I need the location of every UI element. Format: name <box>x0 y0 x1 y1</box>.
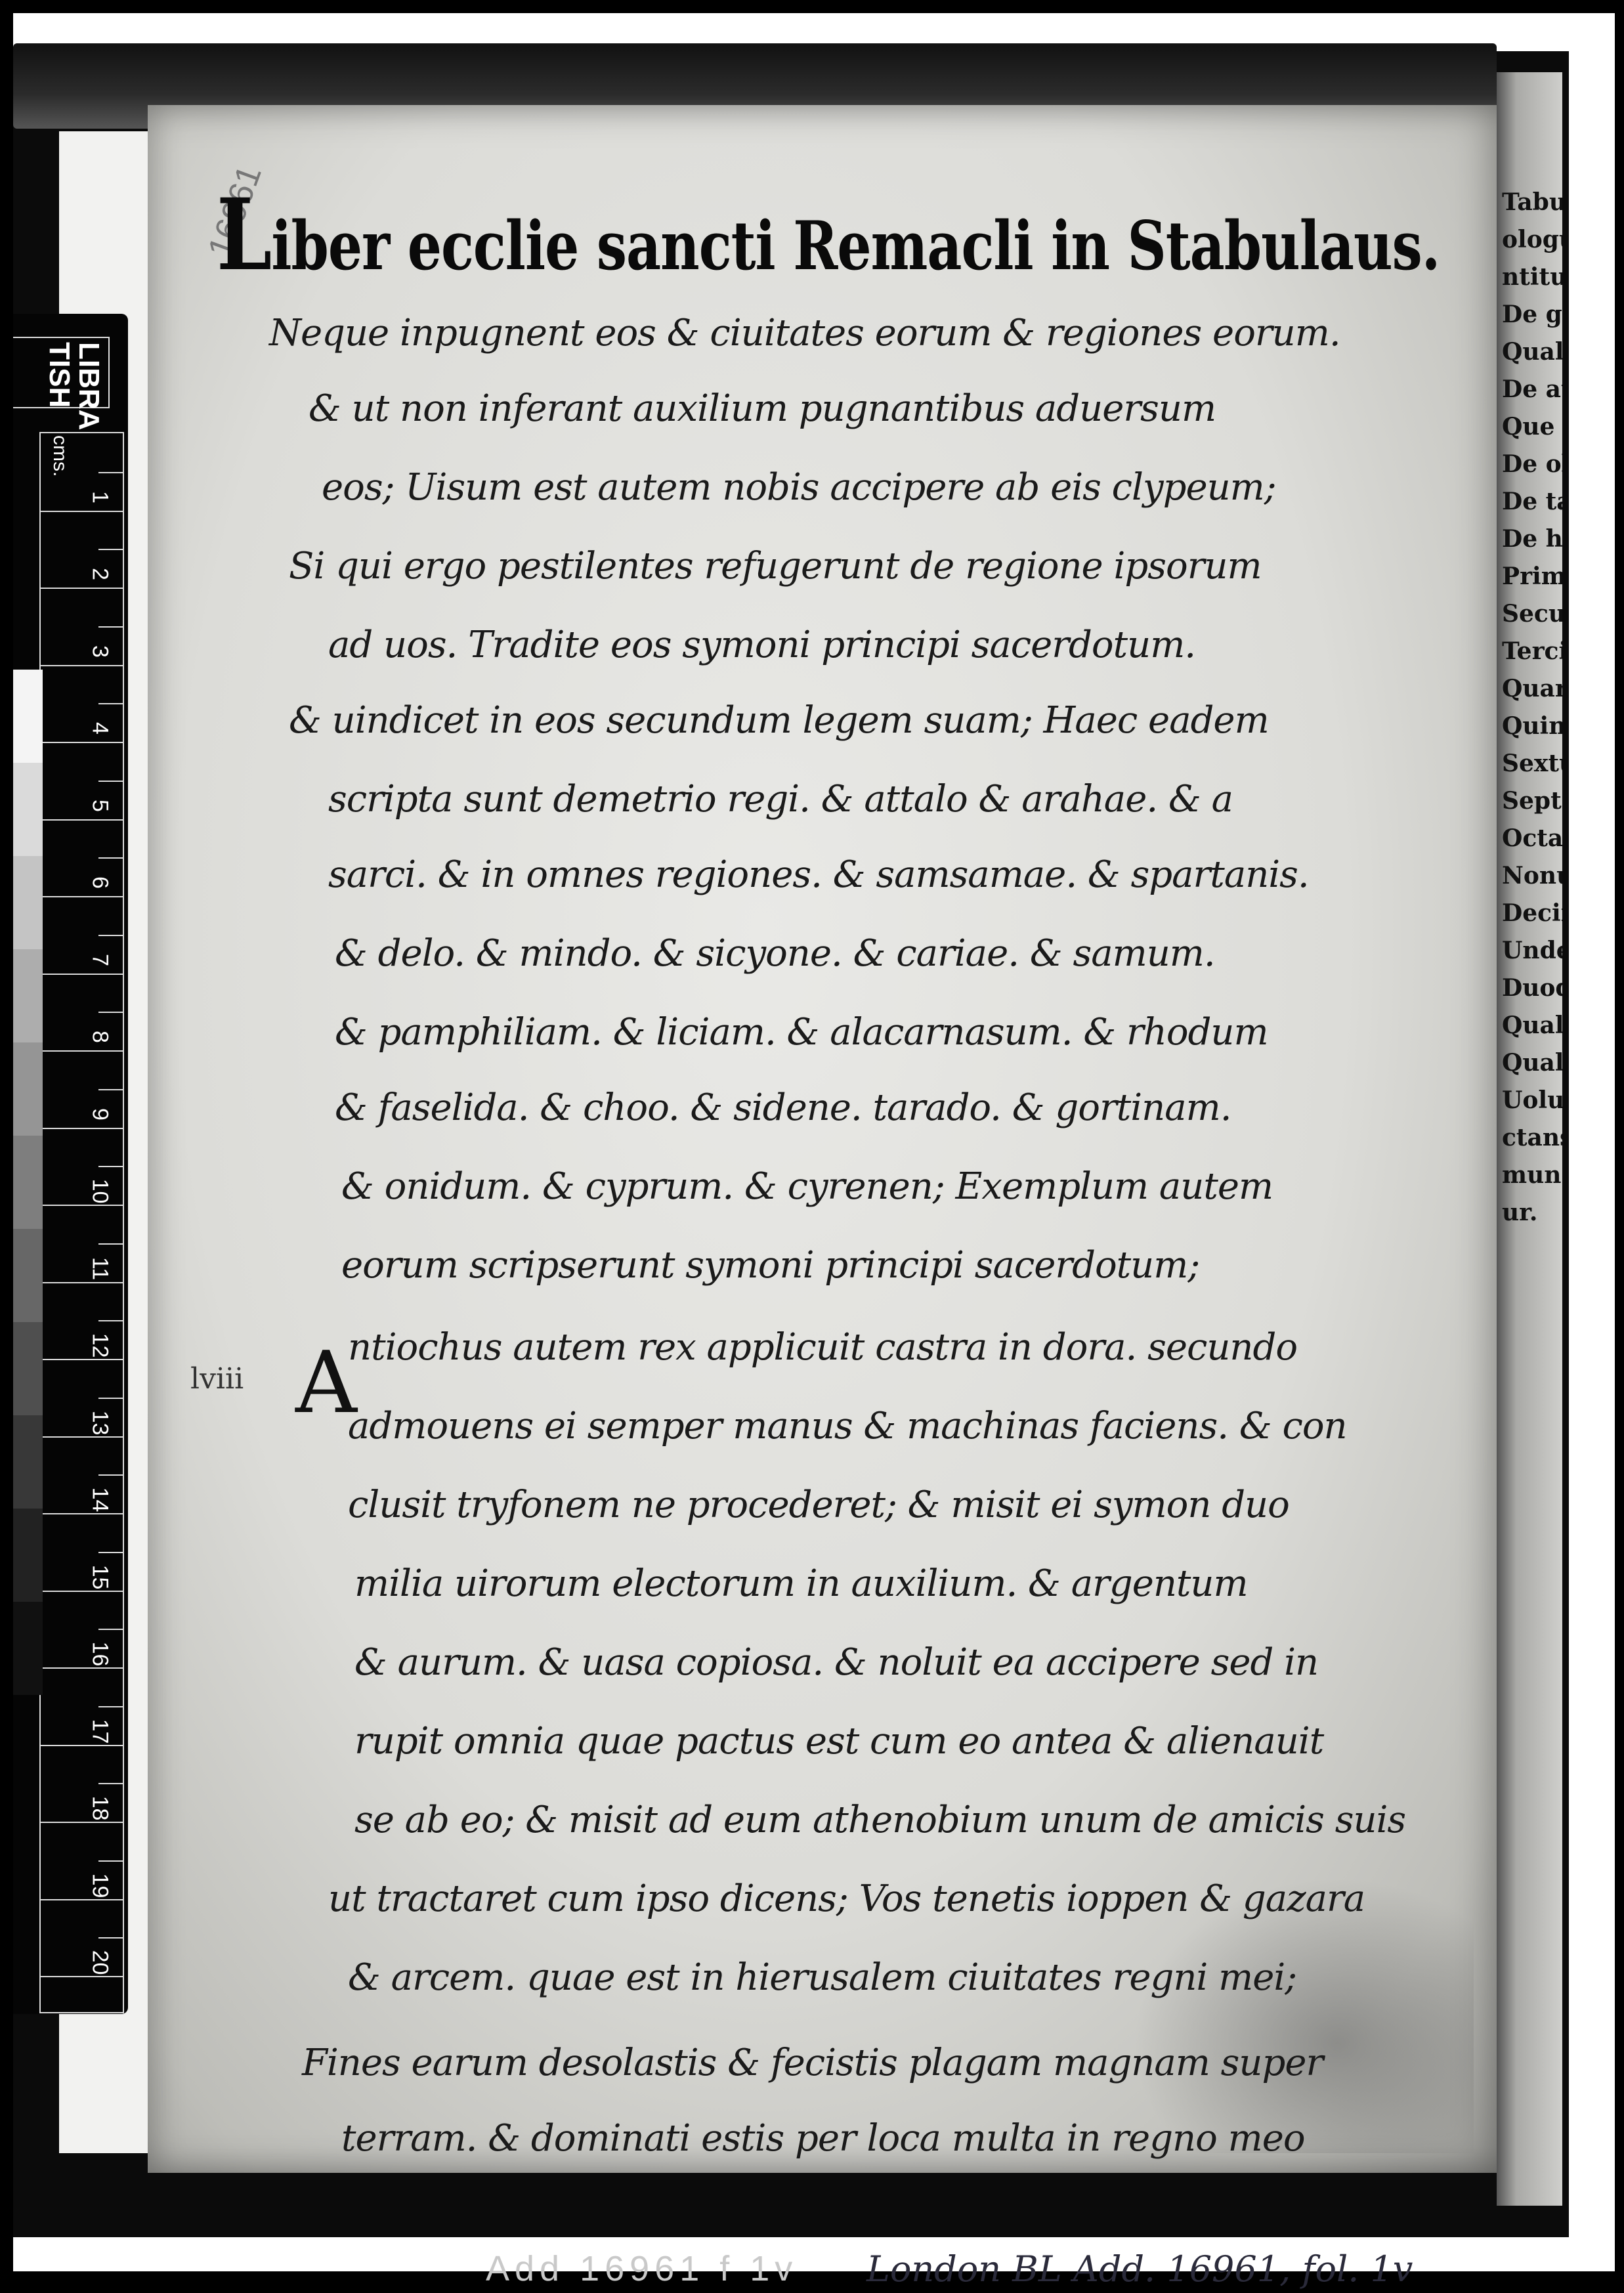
facing-page-line: De obedien <box>1497 446 1562 483</box>
gray-card <box>13 670 43 1694</box>
ruler-minor-tick <box>98 549 123 550</box>
gray-card-patch <box>13 1602 43 1695</box>
ruler-minor-tick <box>98 1552 123 1553</box>
manuscript-line: admouens ei semper manus & machinas faci… <box>348 1405 1347 1447</box>
ruler-number: 13 <box>87 1406 113 1439</box>
chapter-initial: A <box>295 1333 357 1432</box>
facing-page-line: Qualiter d <box>1497 1044 1562 1082</box>
ruler-number: 1 <box>87 481 113 513</box>
facing-page-line: Septimu <box>1497 782 1562 820</box>
facing-page-line: Que sit instr <box>1497 408 1562 446</box>
ruler-minor-tick <box>98 1629 123 1630</box>
ruler-minor-tick <box>98 1474 123 1476</box>
ruler-number: 17 <box>87 1715 113 1747</box>
ruler-minor-tick <box>98 703 123 704</box>
ruler-minor-tick <box>98 1089 123 1090</box>
manuscript-line: Si qui ergo pestilentes refugerunt de re… <box>289 545 1262 588</box>
manuscript-line: & uindicet in eos secundum legem suam; H… <box>289 699 1269 742</box>
facing-page-line: Decimus hu <box>1497 895 1562 932</box>
ruler-number: 12 <box>87 1329 113 1362</box>
gray-card-patch <box>13 1322 43 1415</box>
facing-page-line: De generali <box>1497 296 1562 333</box>
ruler-minor-tick <box>98 857 123 859</box>
ruler: 1234567891011121314151617181920 <box>39 432 124 2013</box>
heading-initial: L <box>217 177 271 293</box>
ruler-minor-tick <box>98 1398 123 1399</box>
gray-card-patch <box>13 856 43 949</box>
ruler-number: 18 <box>87 1792 113 1825</box>
manuscript-line: & pamphiliam. & liciam. & alacarnasum. &… <box>335 1011 1268 1054</box>
manuscript-heading: Liber ecclie sancti Remacli in Stabulaus… <box>217 177 1440 293</box>
gray-card-patch <box>13 1042 43 1136</box>
ruler-number: 6 <box>87 867 113 899</box>
gray-card-patch <box>13 1509 43 1602</box>
manuscript-line: eorum scripserunt symoni principi sacerd… <box>341 1244 1199 1287</box>
facing-page-line: Quintus h <box>1497 708 1562 745</box>
heading-text: iber ecclie sancti Remacli in Stabulaus. <box>271 207 1440 286</box>
facing-page-edge: Tabula huologus regntitulatDe generaliQu… <box>1497 72 1562 2206</box>
ruler-number: 9 <box>87 1098 113 1130</box>
manuscript-line: eos; Uisum est autem nobis accipere ab e… <box>322 466 1276 509</box>
facing-page-line: Qualiter dicat <box>1497 333 1562 371</box>
manuscript-line: se ab eo; & misit ad eum athenobium unum… <box>354 1799 1405 1841</box>
gray-card-patch <box>13 1136 43 1229</box>
manuscript-line: & aurum. & uasa copiosa. & noluit ea acc… <box>354 1641 1318 1684</box>
manuscript-line: ad uos. Tradite eos symoni principi sace… <box>328 624 1195 666</box>
gray-card-patch <box>13 949 43 1042</box>
facing-page-line: De humil <box>1497 521 1562 558</box>
ruler-number: 2 <box>87 558 113 591</box>
scale-unit: cms. <box>49 435 71 477</box>
facing-page-line: Undecimus <box>1497 932 1562 970</box>
ruler-number: 3 <box>87 635 113 668</box>
gray-card-patch <box>13 763 43 856</box>
facing-page-line: Sextus h <box>1497 745 1562 782</box>
ruler-minor-tick <box>98 1783 123 1784</box>
manuscript-line: & ut non inferant auxilium pugnantibus a… <box>309 387 1216 430</box>
ruler-minor-tick <box>98 781 123 782</box>
manuscript-line: & arcem. quae est in hierusalem ciuitate… <box>348 1956 1296 1999</box>
facing-page-line: De attendis <box>1497 371 1562 408</box>
ruler-minor-tick <box>98 935 123 936</box>
scale-brand: TISH LIBRA <box>13 337 110 408</box>
manuscript-line: sarci. & in omnes regiones. & samsamae. … <box>328 853 1309 896</box>
manuscript-line: ut tractaret cum ipso dicens; Vos teneti… <box>328 1877 1365 1920</box>
ruler-minor-tick <box>98 1706 123 1707</box>
facing-page-line: De tacitur <box>1497 483 1562 521</box>
ruler-number: 11 <box>87 1252 113 1285</box>
gray-card-patch <box>13 670 43 763</box>
ruler-number: 19 <box>87 1869 113 1902</box>
manuscript-line: rupit omnia quae pactus est cum eo antea… <box>354 1720 1323 1763</box>
ruler-minor-tick <box>98 1243 123 1245</box>
facing-page-line: Nonus hum <box>1497 857 1562 895</box>
facing-page-line: Primus h <box>1497 558 1562 595</box>
ruler-minor-tick <box>98 1166 123 1167</box>
ruler-number: 7 <box>87 943 113 976</box>
ruler-number: 14 <box>87 1484 113 1516</box>
pencil-caption: Add 16961 f 1v <box>486 2248 798 2289</box>
manuscript-line: & faselida. & choo. & sidene. tarado. & … <box>335 1086 1231 1129</box>
manuscript-line: scripta sunt demetrio regi. & attalo & a… <box>328 778 1233 821</box>
gray-card-patch <box>13 1415 43 1509</box>
ruler-minor-tick <box>98 626 123 628</box>
facing-page-line: ologus reg <box>1497 221 1562 259</box>
facing-page-line: Duodecimus h <box>1497 970 1562 1007</box>
brand-text-top: TISH <box>43 342 75 408</box>
manuscript-line: & onidum. & cyprum. & cyrenen; Exemplum … <box>341 1165 1273 1208</box>
ruler-number: 8 <box>87 1021 113 1054</box>
facing-page-line: Quartus h <box>1497 670 1562 708</box>
ruler-number: 4 <box>87 712 113 745</box>
manuscript-line: Fines earum desolastis & fecistis plagam… <box>302 2042 1323 2084</box>
facing-page-line: Tabula hu <box>1497 184 1562 221</box>
facing-page-line: ctans <box>1497 1119 1562 1157</box>
margin-chapter-number: lviii <box>190 1362 244 1396</box>
manuscript-line: terram. & dominati estis per loca multa … <box>341 2117 1305 2160</box>
manuscript-line: ntiochus autem rex applicuit castra in d… <box>348 1326 1297 1369</box>
facing-page-line: Qualis dum <box>1497 1007 1562 1044</box>
manuscript-line: & delo. & mindo. & sicyone. & cariae. & … <box>335 932 1215 975</box>
ruler-minor-tick <box>98 1937 123 1939</box>
ink-caption: London BL Add. 16961, fol. 1v <box>866 2248 1413 2290</box>
facing-page-line: ntitulat <box>1497 259 1562 296</box>
manuscript-line: Neque inpugnent eos & ciuitates eorum & … <box>269 312 1340 354</box>
facing-page-line: mundi <box>1497 1157 1562 1194</box>
facing-page-line: ur. <box>1497 1194 1562 1232</box>
ruler-minor-tick <box>98 472 123 473</box>
facing-page-line: Octauus h <box>1497 820 1562 857</box>
facing-page-line: Secundus <box>1497 595 1562 633</box>
manuscript-line: clusit tryfonem ne procederet; & misit e… <box>348 1484 1289 1526</box>
brand-text-bottom: LIBRA <box>72 342 105 430</box>
ruler-minor-tick <box>98 1860 123 1862</box>
ruler-number: 10 <box>87 1175 113 1208</box>
ruler-number: 16 <box>87 1638 113 1671</box>
facing-page-line: Uolus <box>1497 1082 1562 1119</box>
facing-page-line: Tercius hu <box>1497 633 1562 670</box>
ruler-minor-tick <box>98 1320 123 1321</box>
ruler-number: 15 <box>87 1560 113 1593</box>
ruler-number: 5 <box>87 789 113 822</box>
ruler-minor-tick <box>98 1012 123 1013</box>
gray-card-patch <box>13 1229 43 1322</box>
ruler-number: 20 <box>87 1946 113 1979</box>
manuscript-line: milia uirorum electorum in auxilium. & a… <box>354 1562 1248 1605</box>
